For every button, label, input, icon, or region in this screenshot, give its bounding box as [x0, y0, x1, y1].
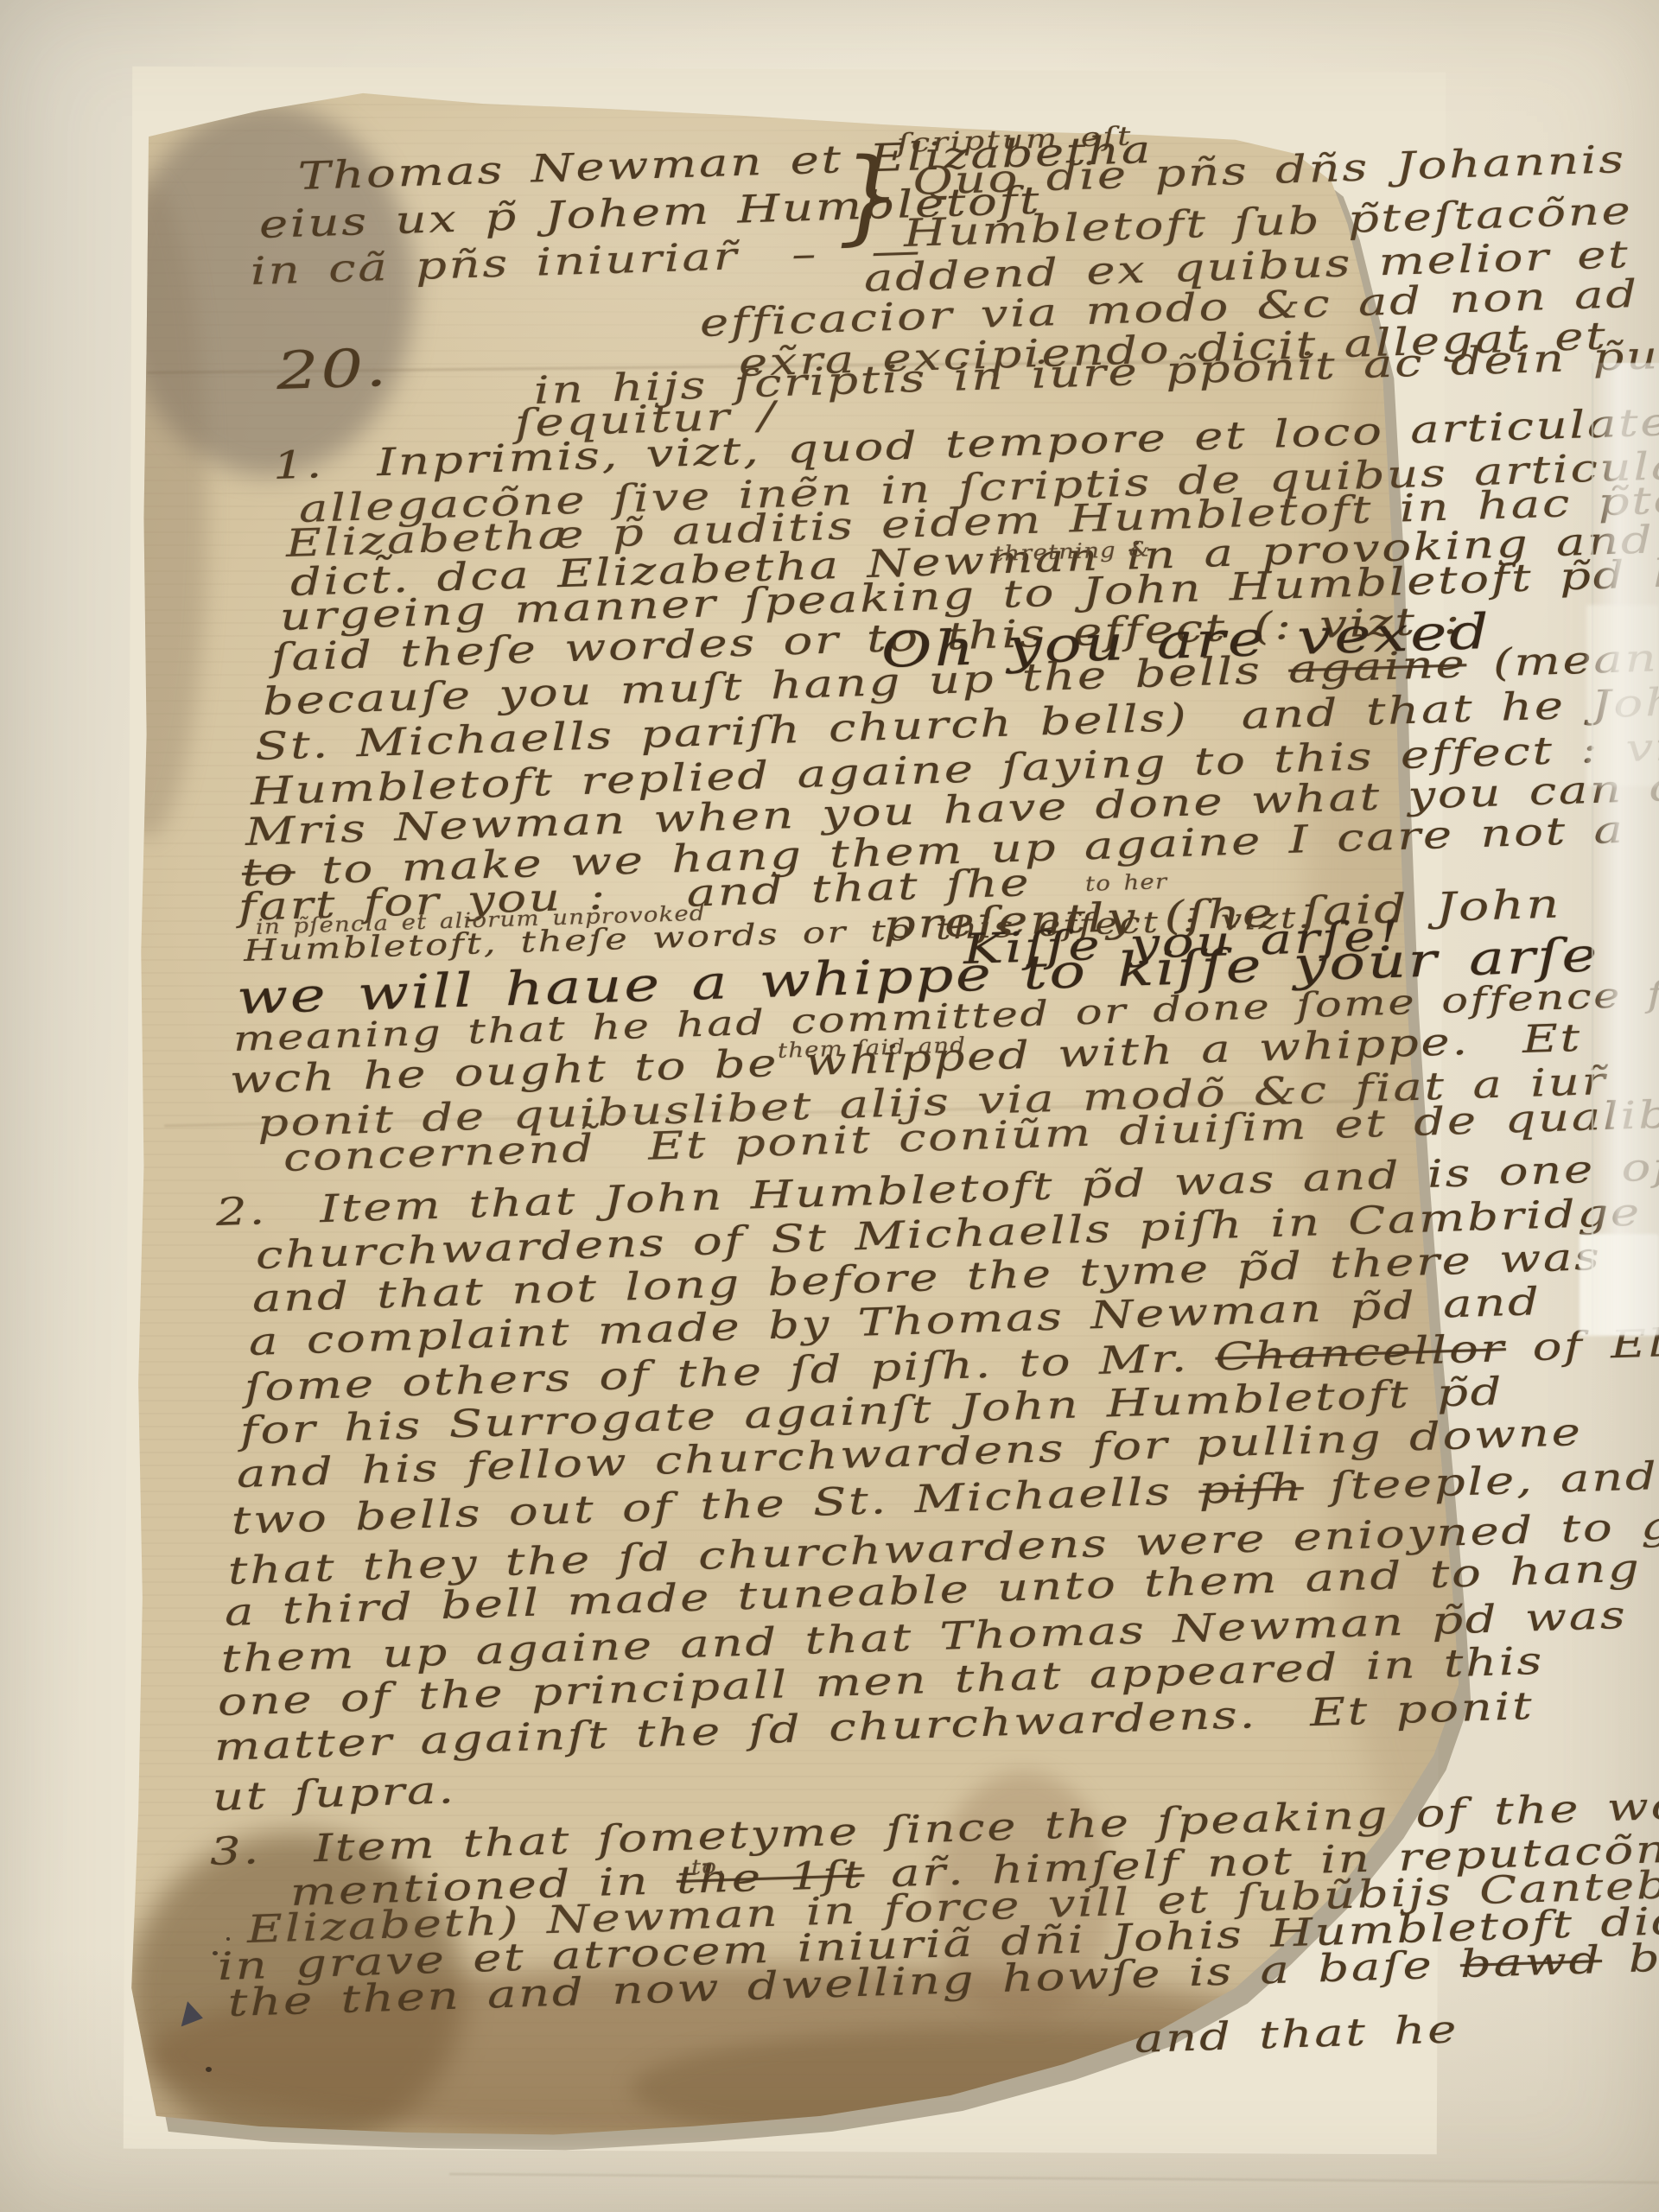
- article-2-line-14: ut ſupra.: [212, 1769, 456, 1820]
- ink-speck: [213, 1951, 218, 1955]
- ink-speck: [226, 1937, 230, 1941]
- struck-word: bawd: [1459, 1938, 1603, 1986]
- plexiglass-reflection: [1586, 605, 1659, 786]
- interlineation-thretning: thretning &: [994, 537, 1152, 566]
- archival-number: 20.: [276, 339, 390, 402]
- struck-word: againe: [1287, 642, 1467, 691]
- text-layer: ſcriptum eſtThomas Newman et Elizabethae…: [0, 0, 1659, 2212]
- interlineation-to: to.: [691, 1855, 726, 1880]
- photo-of-manuscript: ſcriptum eſtThomas Newman et Elizabethae…: [0, 0, 1659, 2212]
- case-brace: }: [835, 137, 903, 256]
- plexiglass-edge: [1592, 363, 1659, 1335]
- struck-word: piſh: [1198, 1465, 1305, 1513]
- catchword: and that he: [1134, 2008, 1459, 2062]
- ink-speck: [206, 2067, 212, 2072]
- plexiglass-corner: [1580, 1234, 1659, 1336]
